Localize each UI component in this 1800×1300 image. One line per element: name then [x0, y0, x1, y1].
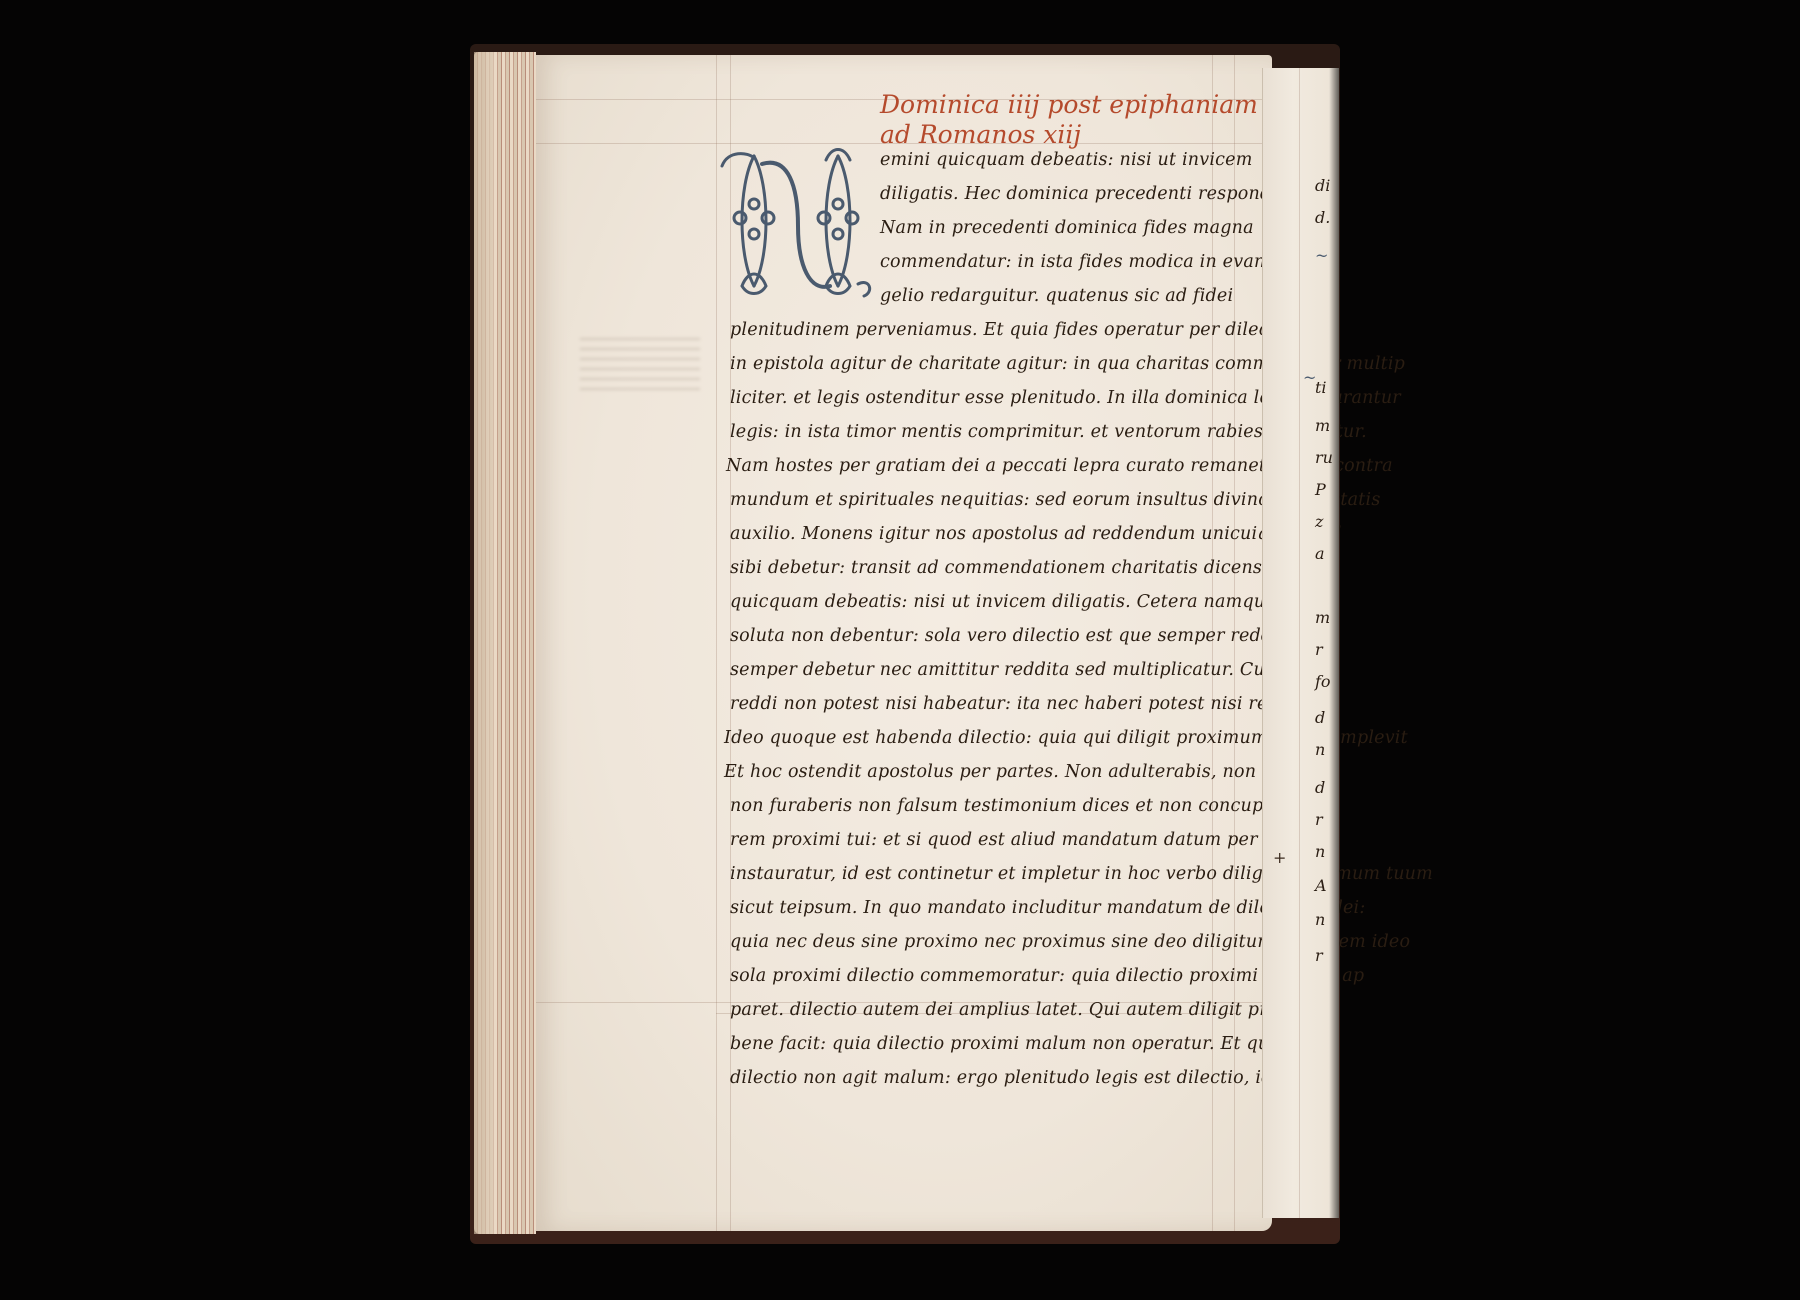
text-line: reddi non potest nisi habeatur: ita nec … — [730, 694, 1332, 714]
facing-text-fragment: z — [1315, 512, 1323, 531]
rubric-line-2: ad Romanos xiij — [880, 120, 1258, 150]
page-block-edge — [474, 52, 536, 1234]
text-line: sibi debetur: transit ad commendationem … — [730, 558, 1340, 578]
text-line: rem proximi tui: et si quod est aliud ma… — [730, 830, 1338, 850]
facing-text-fragment: m — [1315, 416, 1330, 435]
facing-page: di d. ~ ~ ti m ru P z a m r fo d n d r n… — [1262, 68, 1339, 1218]
show-through-text — [580, 338, 700, 398]
facing-text-fragment: A — [1315, 876, 1327, 895]
text-line: auxilio. Monens igitur nos apostolus ad … — [730, 524, 1342, 544]
text-line: emini quicquam debeatis: nisi ut invicem — [880, 150, 1253, 170]
facing-text-fragment: d — [1315, 778, 1325, 797]
text-line: soluta non debentur: sola vero dilectio … — [730, 626, 1329, 646]
facing-text-fragment: n — [1315, 842, 1325, 861]
text-line: semper debetur nec amittitur reddita sed… — [730, 660, 1282, 680]
text-line: commendatur: in ista fides modica in eva… — [880, 252, 1265, 272]
text-line: Et hoc ostendit apostolus per partes. No… — [724, 762, 1330, 782]
rubric-line-1: Dominica iiij post epiphaniam — [880, 90, 1258, 120]
facing-text-fragment: n — [1315, 740, 1325, 759]
rubric-heading: Dominica iiij post epiphaniam ad Romanos… — [880, 90, 1258, 150]
facing-text-fragment: m — [1315, 608, 1330, 627]
text-line: gelio redarguitur. quatenus sic ad fidei — [880, 286, 1233, 306]
text-line: dilectio non agit malum: ergo plenitudo … — [730, 1068, 1340, 1088]
facing-text-fragment: r — [1315, 810, 1323, 829]
text-line: bene facit: quia dilectio proximi malum … — [730, 1034, 1286, 1054]
facing-text-fragment: r — [1315, 640, 1323, 659]
text-line: diligatis. Hec dominica precedenti respo… — [880, 184, 1295, 204]
facing-text-fragment: a — [1315, 544, 1325, 563]
margin-cross-mark: + — [1273, 848, 1286, 867]
facing-text-fragment: P — [1315, 480, 1326, 499]
text-line: plenitudinem perveniamus. Et quia fides … — [730, 320, 1331, 340]
text-line: Nam in precedenti dominica fides magna — [880, 218, 1254, 238]
gutter-shadow — [1329, 68, 1339, 1218]
decorated-initial-n-icon — [718, 146, 876, 298]
ruling-line — [716, 55, 717, 1231]
facing-text-fragment: n — [1315, 910, 1325, 929]
text-line: quicquam debeatis: nisi ut invicem dilig… — [730, 592, 1276, 612]
text-line: paret. dilectio autem dei amplius latet.… — [730, 1000, 1339, 1020]
facing-text-fragment: ti — [1315, 378, 1327, 397]
facing-text-fragment: d — [1315, 708, 1325, 727]
text-line: non furaberis non falsum testimonium dic… — [730, 796, 1308, 816]
facing-text-fragment: r — [1315, 946, 1323, 965]
facing-text-fragment: ~ — [1315, 246, 1328, 265]
ruling-line — [1299, 68, 1300, 1218]
